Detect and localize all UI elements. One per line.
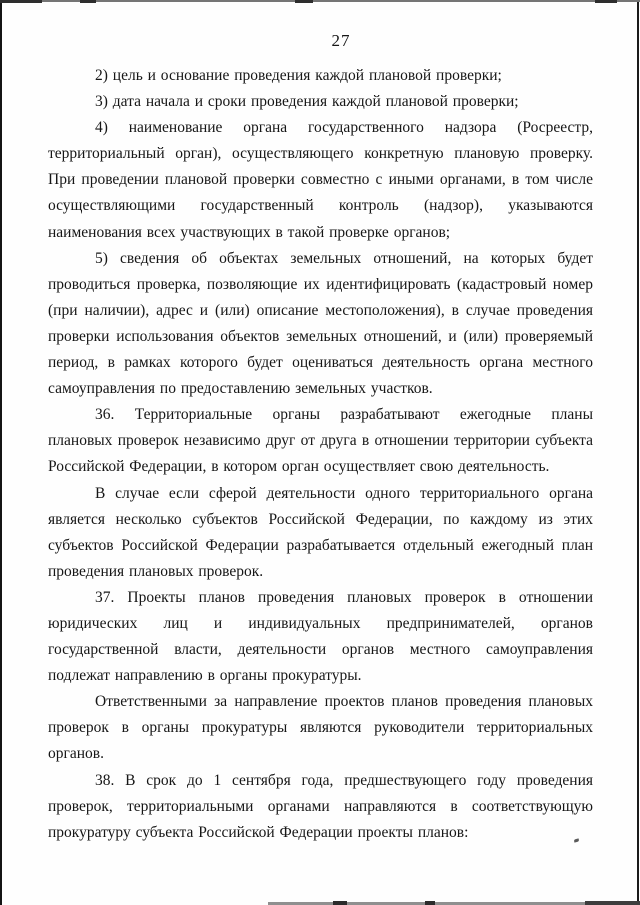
text-line-item-5-4: проверки использования объектов земельны… [48, 324, 593, 350]
text-line-para-37-cont-3: органов. [48, 741, 593, 767]
text-line-item-4-1: 4) наименование органа государственного … [48, 115, 593, 141]
document-page: 27 2) цель и основание проведения каждой… [0, 0, 640, 905]
scan-edge-left [0, 0, 2, 905]
text-line-item-5-5: период, в рамках которого будет оцениват… [48, 350, 593, 376]
text-line-item-5-1: 5) сведения об объектах земельных отноше… [48, 246, 593, 272]
scan-edge-top [0, 0, 640, 2]
scan-bottom-dash [425, 901, 435, 905]
text-line-para-36-3: Российской Федерации, в котором орган ос… [48, 454, 593, 480]
scan-bottom-dash [585, 901, 640, 905]
text-line-item-5-2: проводиться проверка, позволяющие их иде… [48, 272, 593, 298]
text-line-item-4-5: наименования всех участвующих в такой пр… [48, 220, 593, 246]
text-line-para-38-2: проверок, территориальными органами напр… [48, 794, 593, 820]
text-line-item-4-4: осуществляющими государственный контроль… [48, 193, 593, 219]
text-line-para-36-1: 36. Территориальные органы разрабатывают… [48, 402, 593, 428]
text-line-item-3-1: 3) дата начала и сроки проведения каждой… [48, 89, 593, 115]
scan-edge-top-dash [80, 0, 96, 3]
document-text-block: 2) цель и основание проведения каждой пл… [48, 63, 593, 846]
text-line-para-36-cont-4: проведения плановых проверок. [48, 559, 593, 585]
scan-edge-top-dash [595, 0, 617, 3]
scan-bottom-dash [333, 901, 347, 905]
text-line-item-2-1: 2) цель и основание проведения каждой пл… [48, 63, 593, 89]
text-line-para-37-3: государственной власти, деятельности орг… [48, 637, 593, 663]
scan-edge-top-dash [295, 0, 313, 3]
text-line-item-4-2: территориальный орган), осуществляющего … [48, 141, 593, 167]
scan-edge-right [637, 0, 639, 905]
text-line-para-37-1: 37. Проекты планов проведения плановых п… [48, 585, 593, 611]
text-line-para-38-1: 38. В срок до 1 сентября года, предшеств… [48, 768, 593, 794]
text-line-para-36-cont-3: субъектов Российской Федерации разрабаты… [48, 533, 593, 559]
text-line-para-36-cont-2: является несколько субъектов Российской … [48, 507, 593, 533]
text-line-para-37-cont-2: проверок в органы прокуратуры являются р… [48, 715, 593, 741]
text-line-item-5-3: (при наличии), адрес и (или) описание ме… [48, 298, 593, 324]
scan-edge-top-dash [0, 0, 42, 3]
text-line-para-36-cont-1: В случае если сферой деятельности одного… [48, 481, 593, 507]
text-line-para-37-4: подлежат направлению в органы прокуратур… [48, 663, 593, 689]
page-number: 27 [0, 31, 640, 51]
text-line-para-37-2: юридических лиц и индивидуальных предпри… [48, 611, 593, 637]
text-line-para-38-3: прокуратуру субъекта Российской Федераци… [48, 820, 593, 846]
text-line-item-4-3: При проведении плановой проверки совмест… [48, 167, 593, 193]
text-line-item-5-6: самоуправления по предоставлению земельн… [48, 376, 593, 402]
text-line-para-36-2: плановых проверок независимо друг от дру… [48, 428, 593, 454]
text-line-para-37-cont-1: Ответственными за направление проектов п… [48, 689, 593, 715]
